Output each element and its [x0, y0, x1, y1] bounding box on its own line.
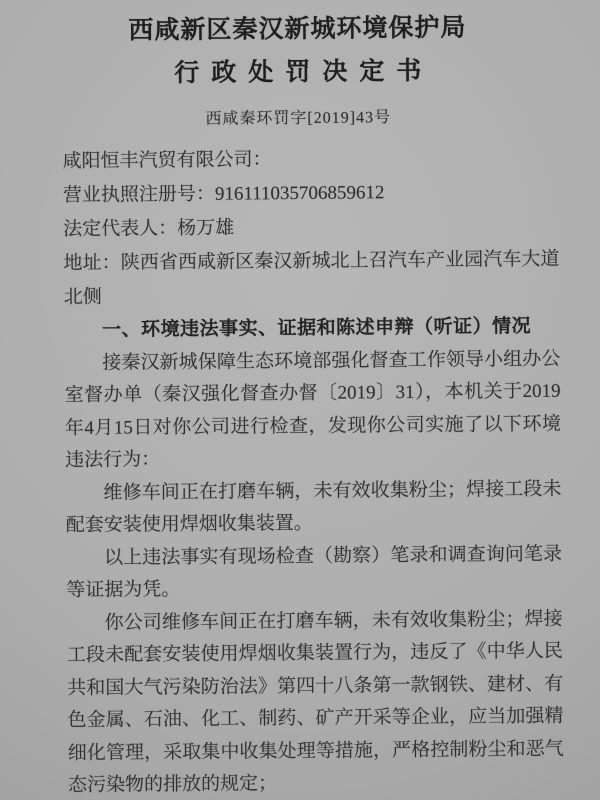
field-address-label: 地址： — [63, 253, 120, 274]
paragraph-violation: 维修车间正在打磨车辆，未有效收集粉尘；焊接工段未配套安装使用焊烟收集装置。 — [65, 473, 562, 542]
document-title: 行政处罚决定书 — [0, 53, 598, 92]
document-photo: 西咸新区秦汉新城环境保护局 行政处罚决定书 西咸秦环罚字[2019]43号 咸阳… — [0, 0, 600, 800]
field-legal-representative: 法定代表人：杨万雄 — [63, 209, 559, 247]
document-number: 西咸秦环罚字[2019]43号 — [0, 102, 598, 130]
paragraph-evidence: 以上违法事实有现场检查（勘察）笔录和调查询问笔录等证据为凭。 — [66, 538, 563, 607]
document-page: 西咸新区秦汉新城环境保护局 行政处罚决定书 西咸秦环罚字[2019]43号 咸阳… — [0, 0, 600, 800]
recipient-line: 咸阳恒丰汽贸有限公司： — [62, 141, 558, 179]
paragraph-legal-basis: 你公司维修车间正在打磨车辆，未有效收集粉尘；焊接工段未配套安装使用焊烟收集装置行… — [66, 603, 564, 800]
field-license-number: 营业执照注册号：916111035706859612 — [63, 175, 559, 213]
field-address-value: 陕西省西咸新区秦汉新城北上召汽车产业园汽车大道北侧 — [64, 249, 560, 308]
paragraph-inspection: 接秦汉新城保障生态环境部强化督查工作领导小组办公室督办单（秦汉强化督查办督〔20… — [64, 343, 561, 477]
field-address: 地址：陕西省西咸新区秦汉新城北上召汽车产业园汽车大道北侧 — [63, 243, 560, 315]
field-license-number-value: 916111035706859612 — [215, 182, 385, 204]
field-legal-representative-label: 法定代表人： — [63, 218, 177, 240]
field-legal-representative-value: 杨万雄 — [177, 218, 234, 239]
agency-name: 西咸新区秦汉新城环境保护局 — [0, 10, 598, 49]
section-heading: 一、环境违法事实、证据和陈述申辩（听证）情况 — [64, 311, 560, 348]
header-fields: 咸阳恒丰汽贸有限公司： 营业执照注册号：916111035706859612 法… — [62, 141, 559, 315]
field-license-number-label: 营业执照注册号： — [63, 184, 215, 206]
document-body: 咸阳恒丰汽贸有限公司： 营业执照注册号：916111035706859612 法… — [62, 141, 564, 800]
